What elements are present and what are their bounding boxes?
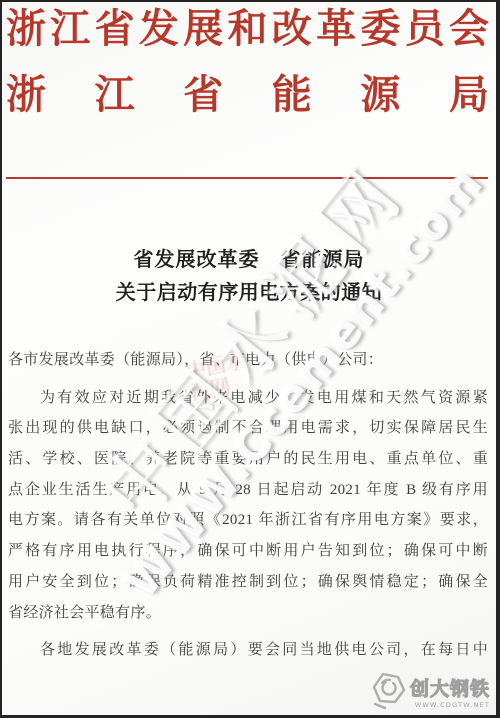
body-line: 张出现的供电缺口，必须遏制不合理用电需求，切实保障居民生 xyxy=(8,413,488,444)
site-logo: 创大钢铁 WWW.CDGTW.NET xyxy=(370,670,490,710)
body-line: 活、学校、医院、养老院等重要用户的民生用电、重点单位、重 xyxy=(8,444,488,475)
letterhead-divider xyxy=(6,177,488,179)
body-line: 用户安全到位；确保负荷精准控制到位；确保舆情稳定；确保全 xyxy=(8,567,488,598)
logo-url: WWW.CDGTW.NET xyxy=(415,701,490,709)
notice-body: 各市发展改革委（能源局），省、市电力（供电）公司： 为有效应对近期我省外来电减少… xyxy=(8,345,488,666)
notice-title-line2: 关于启动有序用电方案的通知 xyxy=(2,276,496,305)
issuer-name-line1: 浙江省发展和改革委员会 xyxy=(6,6,489,52)
notice-title-line1: 省发展改革委 省能源局 xyxy=(2,243,496,272)
issuer-name-line2: 浙江省能源局 xyxy=(6,72,489,118)
document-page: 浙江省发展和改革委员会 浙江省能源局 省发展改革委 省能源局 关于启动有序用电方… xyxy=(0,0,500,718)
body-line-salutation: 各市发展改革委（能源局），省、市电力（供电）公司： xyxy=(8,345,488,376)
body-line: 为有效应对近期我省外来电减少、发电用煤和天然气资源紧 xyxy=(8,383,488,414)
body-line: 点企业生活生产用电，从 9 月 28 日起启动 2021 年度 B 级有序用 xyxy=(8,475,488,506)
logo-name: 创大钢铁 xyxy=(410,674,490,701)
hexagon-swirl-icon xyxy=(370,670,408,710)
body-line: 省经济社会平稳有序。 xyxy=(8,598,488,629)
body-line: 严格有序用电执行程序，确保可中断用户告知到位；确保可中断 xyxy=(8,536,488,567)
body-line: 各地发展改革委（能源局）要会同当地供电公司，在每日中 xyxy=(8,635,488,666)
body-line: 电方案。请各有关单位对照《2021 年浙江省有序用电方案》要求， xyxy=(8,505,488,536)
